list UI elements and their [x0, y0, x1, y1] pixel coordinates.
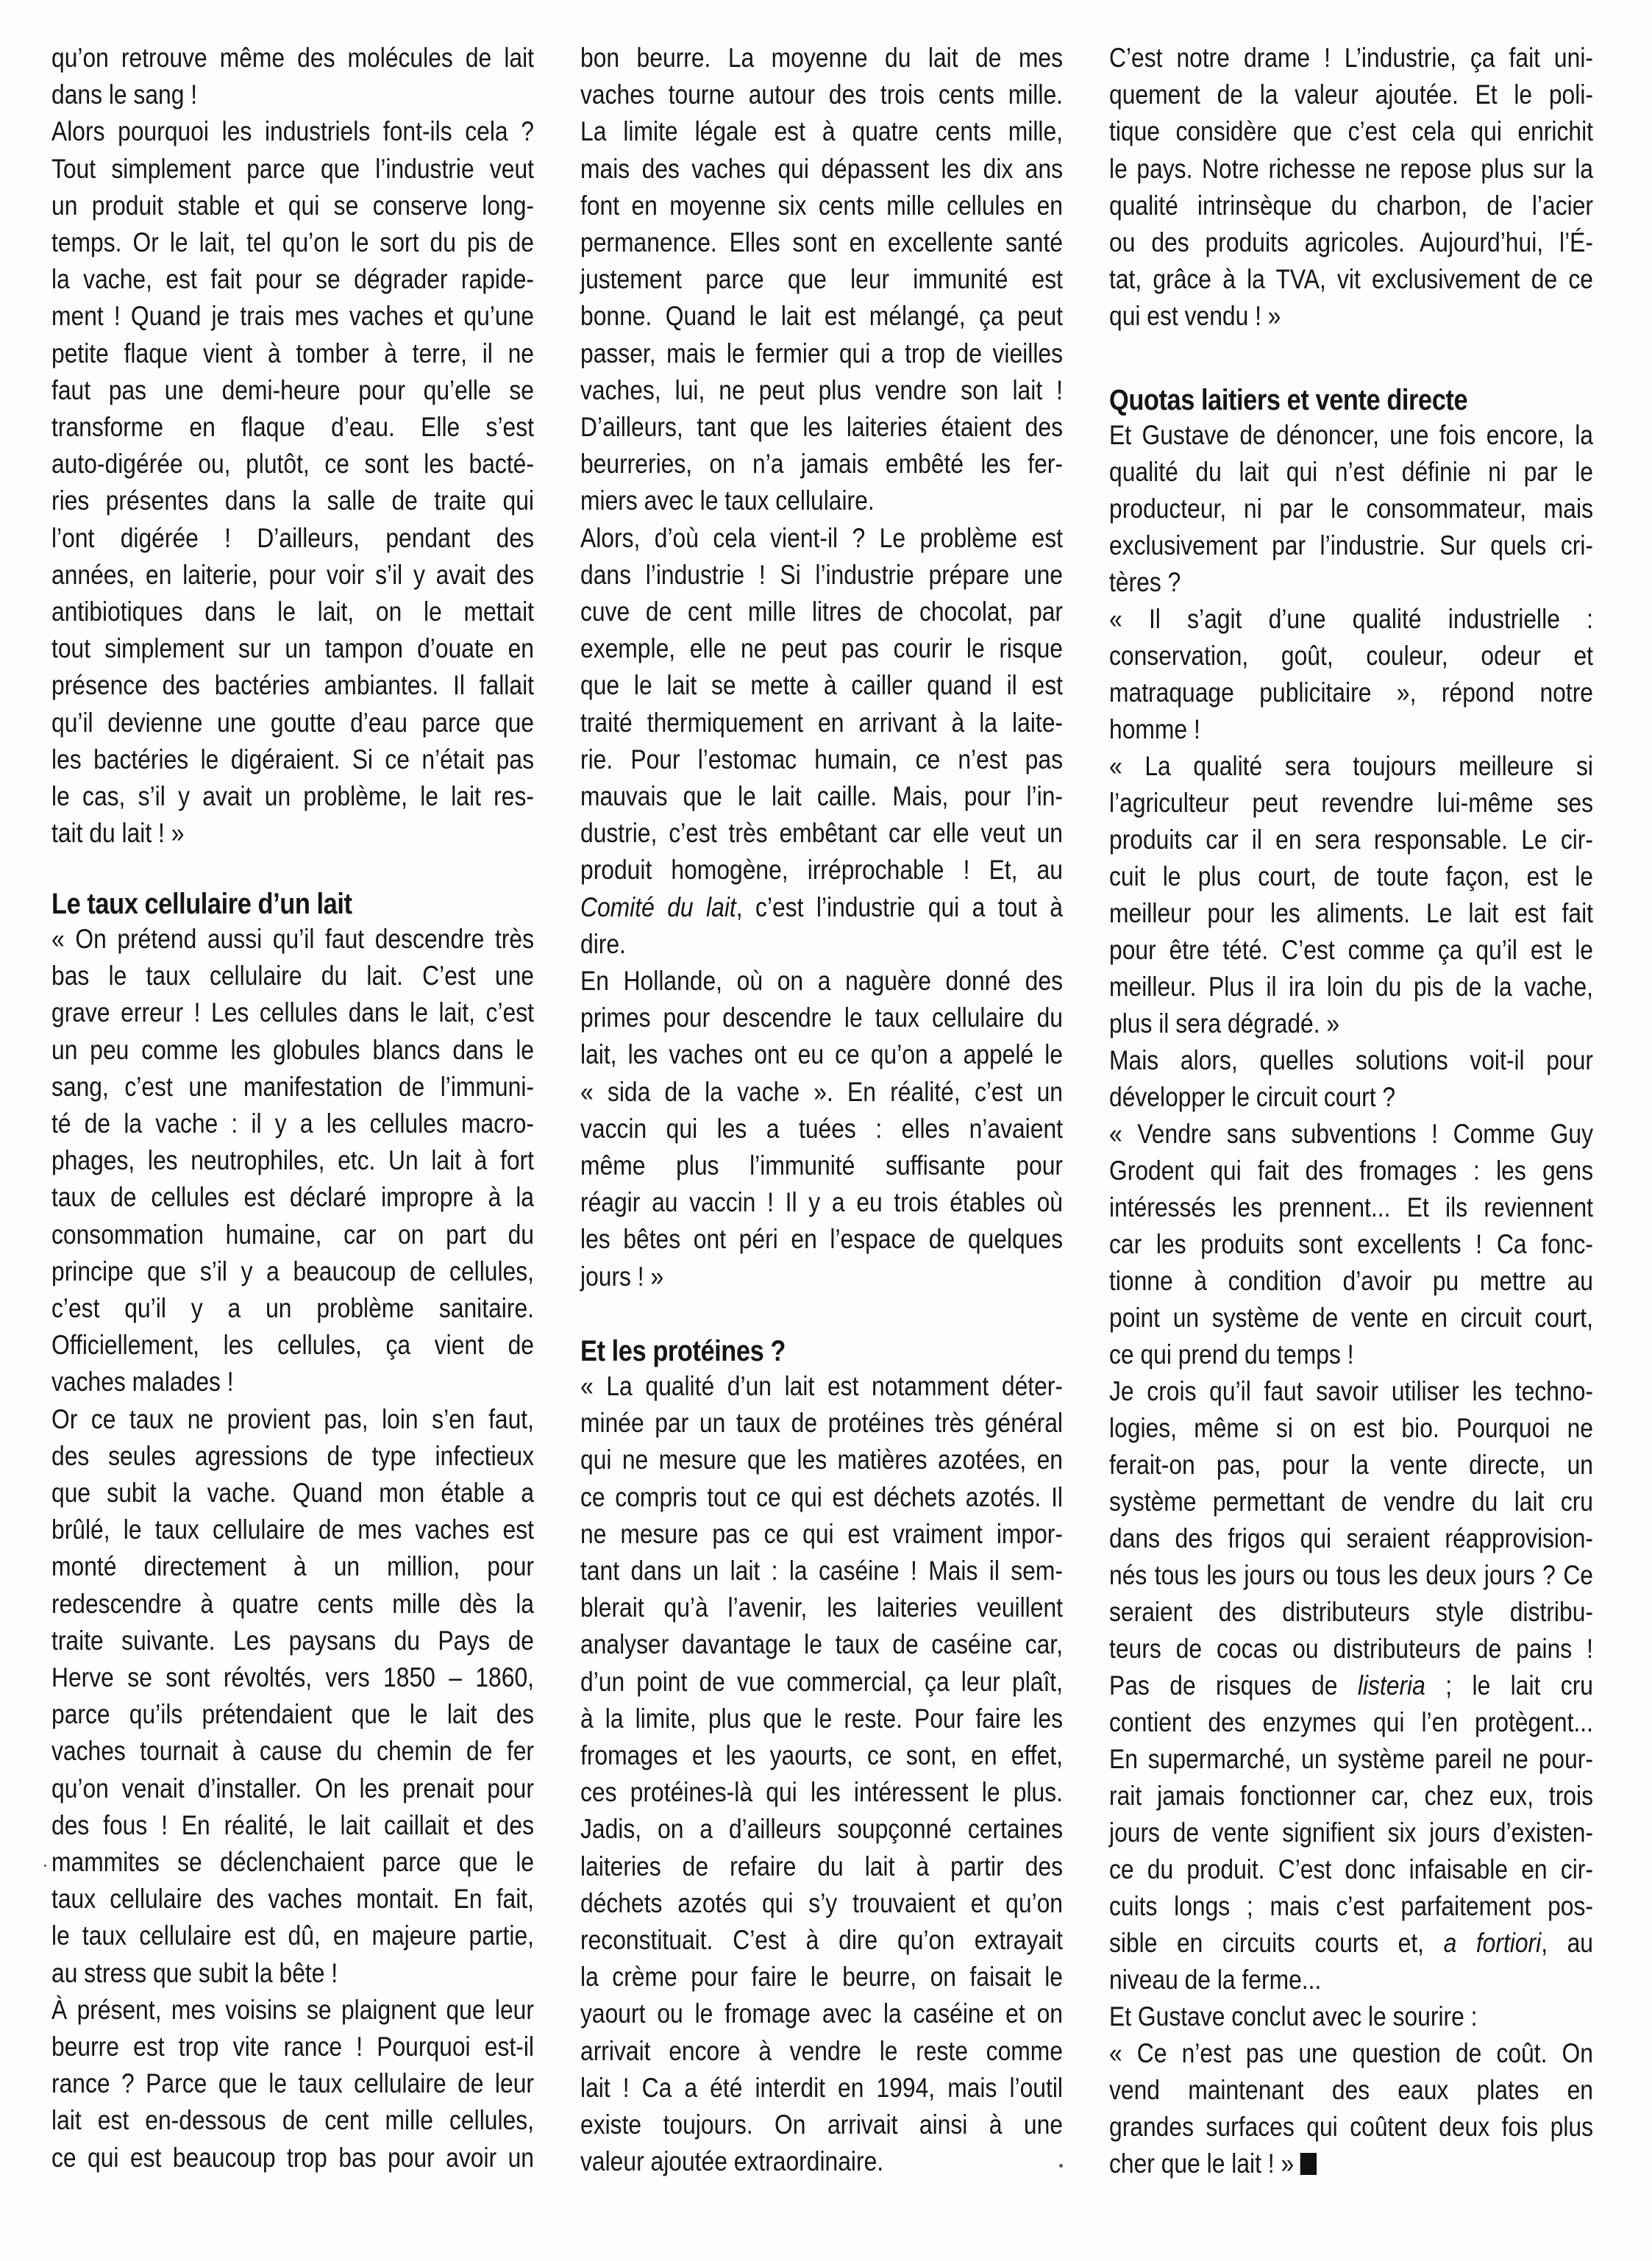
line-text: principe que s’il y a beaucoup de cellul…	[51, 1256, 534, 1286]
line-text: , c’est l’industrie qui a tout à	[736, 892, 1063, 922]
scan-speck	[1059, 2164, 1063, 2168]
text-line: produits car il en sera responsable. Le …	[1109, 822, 1652, 858]
text-line: matraquage publicitaire », répond notre	[1109, 674, 1652, 711]
text-line: ce du produit. C’est donc infaisable en …	[1109, 1851, 1652, 1888]
line-text: petite flaque vient à tomber à terre, il…	[51, 338, 534, 368]
text-line: déchets azotés qui s’y trouvaient et qu’…	[580, 1885, 1142, 1922]
line-text: dans l’industrie ! Si l’industrie prépar…	[580, 560, 1063, 590]
text-line: tat, grâce à la TVA, vit exclusivement d…	[1109, 261, 1652, 298]
text-line: reconstituait. C’est à dire qu’on extray…	[580, 1922, 1142, 1959]
text-line: présence des bactéries ambiantes. Il fal…	[51, 667, 613, 704]
line-text: té de la vache : il y a les cellules mac…	[51, 1108, 534, 1139]
text-line: seraient des distributeurs style distrib…	[1109, 1594, 1652, 1631]
line-text: qu’il devienne une goutte d’eau parce qu…	[51, 708, 534, 738]
line-text: système permettant de vendre du lait cru	[1109, 1486, 1593, 1517]
line-text: lait ! Ca a été interdit en 1994, mais l…	[580, 2073, 1063, 2103]
text-line: vaches, lui, ne peut plus vendre son lai…	[580, 372, 1142, 409]
text-line: yaourt ou le fromage avec la caséine et …	[580, 1995, 1142, 2032]
text-line: redescendre à quatre cents mille dès la	[51, 1586, 613, 1623]
line-text: exclusivement par l’industrie. Sur quels…	[1109, 530, 1593, 560]
line-text: ces protéines-là qui les intéressent le …	[580, 1777, 1063, 1807]
line-text: justement parce que leur immunité est	[580, 264, 1063, 294]
text-line: produit homogène, irréprochable ! Et, au	[580, 852, 1142, 889]
line-text: tères ?	[1109, 567, 1181, 597]
line-text: un peu comme les globules blancs dans le	[51, 1035, 534, 1065]
text-line: valeur ajoutée extraordinaire.	[580, 2143, 1142, 2180]
line-text: temps. Or le lait, tel qu’on le sort du …	[51, 227, 534, 257]
line-text: parce qu’ils prétendaient que le lait de…	[51, 1699, 534, 1729]
line-text: arrivait encore à vendre le reste comme	[580, 2036, 1063, 2066]
line-text: les bactéries le digéraient. Si ce n’éta…	[51, 744, 534, 775]
line-text: phages, les neutrophiles, etc. Un lait à…	[51, 1145, 534, 1175]
text-line: phages, les neutrophiles, etc. Un lait à…	[51, 1142, 613, 1179]
line-text: jours de vente signifient six jours d’ex…	[1109, 1817, 1593, 1848]
text-line: Tout simplement parce que l’industrie ve…	[51, 151, 613, 188]
text-line: développer le circuit court ?	[1109, 1079, 1652, 1116]
line-text: le cas, s’il y avait un problème, le lai…	[51, 781, 534, 811]
line-text: traité thermiquement en arrivant à la la…	[580, 708, 1063, 738]
text-line: années, en laiterie, pour voir s’il y av…	[51, 557, 613, 594]
text-line: La limite légale est à quatre cents mill…	[580, 113, 1142, 150]
text-line: Je crois qu’il faut savoir utiliser les …	[1109, 1373, 1652, 1410]
heading-text: Quotas laitiers et vente directe	[1109, 382, 1593, 419]
text-line: qu’il devienne une goutte d’eau parce qu…	[51, 705, 613, 741]
line-text: exemple, elle ne peut pas courir le risq…	[580, 633, 1063, 663]
text-line: exemple, elle ne peut pas courir le risq…	[580, 630, 1142, 667]
text-line: rance ? Parce que le taux cellulaire de …	[51, 2065, 613, 2102]
line-text: homme !	[1109, 714, 1200, 744]
line-text: qualité intrinsèque du charbon, de l’aci…	[1109, 191, 1593, 221]
line-text: beurreries, on n’a jamais embêté les fer…	[580, 449, 1063, 479]
line-text: déchets azotés qui s’y trouvaient et qu’…	[580, 1888, 1063, 1918]
line-text: Officiellement, les cellules, ça vient d…	[51, 1330, 534, 1360]
line-text: « sida de la vache ». En réalité, c’est …	[580, 1077, 1063, 1107]
text-line: réagir au vaccin ! Il y a eu trois établ…	[580, 1184, 1142, 1221]
text-line: meilleur pour les aliments. Le lait est …	[1109, 895, 1652, 932]
line-text: consommation humaine, car on part du	[51, 1219, 534, 1250]
line-text: Alors pourquoi les industriels font-ils …	[51, 116, 534, 146]
line-text: ce compris tout ce qui est déchets azoté…	[580, 1482, 1063, 1512]
text-line: des fous ! En réalité, le lait caillait …	[51, 1807, 613, 1844]
text-line: passer, mais le fermier qui a trop de vi…	[580, 335, 1142, 372]
text-line: car les produits sont excellents ! Ca fo…	[1109, 1226, 1652, 1263]
text-line: ferait-on pas, pour la vente directe, un	[1109, 1447, 1652, 1484]
line-text: qu’on venait d’installer. On les prenait…	[51, 1773, 534, 1804]
text-line: blerait qu’à l’avenir, les laiteries veu…	[580, 1589, 1142, 1626]
line-text: C’est notre drame ! L’industrie, ça fait…	[1109, 43, 1593, 73]
line-text: dans des frigos qui seraient réapprovisi…	[1109, 1523, 1593, 1553]
line-text: contient des enzymes qui l’en protègent.…	[1109, 1707, 1593, 1737]
text-line: homme !	[1109, 711, 1652, 748]
text-line: dire.	[580, 926, 1142, 963]
text-line: qu’on retrouve même des molécules de lai…	[51, 40, 613, 76]
text-line: qualité intrinsèque du charbon, de l’aci…	[1109, 188, 1652, 224]
magazine-page: qu’on retrouve même des molécules de lai…	[0, 0, 1652, 2261]
text-line: conservation, goût, couleur, odeur et	[1109, 638, 1652, 674]
text-line: beurreries, on n’a jamais embêté les fer…	[580, 446, 1142, 483]
line-text: , au	[1541, 1928, 1593, 1958]
text-line: vaches tourne autour des trois cents mil…	[580, 76, 1142, 113]
text-line: font en moyenne six cents mille cellules…	[580, 188, 1142, 224]
text-line: sang, c’est une manifestation de l’immun…	[51, 1069, 613, 1105]
text-line: vend maintenant des eaux plates en	[1109, 2072, 1652, 2109]
text-line: antibiotiques dans le lait, on le mettai…	[51, 594, 613, 630]
text-line: des seules agressions de type infectieux	[51, 1438, 613, 1475]
text-line: vaches tournait à cause du chemin de fer	[51, 1733, 613, 1770]
line-text: cuits longs ; mais c’est parfaitement po…	[1109, 1891, 1593, 1921]
line-text: brûlé, le taux cellulaire de mes vaches …	[51, 1514, 534, 1545]
line-text: yaourt ou le fromage avec la caséine et …	[580, 1998, 1063, 2029]
line-text: taux de cellules est déclaré impropre à …	[51, 1182, 534, 1212]
section-heading: Quotas laitiers et vente directe	[1109, 382, 1652, 419]
line-text: antibiotiques dans le lait, on le mettai…	[51, 597, 534, 627]
line-text: produit homogène, irréprochable ! Et, au	[580, 855, 1063, 885]
line-text: ment ! Quand je trais mes vaches et qu’u…	[51, 301, 534, 331]
line-text: laiteries de refaire du lait à partir de…	[580, 1851, 1063, 1881]
text-line: les bêtes ont péri en l’espace de quelqu…	[580, 1221, 1142, 1258]
line-text: meilleur pour les aliments. Le lait est …	[1109, 898, 1593, 928]
line-text: cuit le plus court, de toute façon, est …	[1109, 861, 1593, 891]
text-line: rait jamais fonctionner car, chez eux, t…	[1109, 1778, 1652, 1815]
line-text: sang, c’est une manifestation de l’immun…	[51, 1072, 534, 1102]
text-line: dans le sang !	[51, 76, 613, 113]
text-line: quement de la valeur ajoutée. Et le poli…	[1109, 76, 1652, 113]
text-line: tait du lait ! »	[51, 815, 613, 852]
text-line: un peu comme les globules blancs dans le	[51, 1032, 613, 1069]
text-line: analyser davantage le taux de caséine ca…	[580, 1626, 1142, 1663]
column-2: bon beurre. La moyenne du lait de mesvac…	[580, 0, 1063, 2261]
line-text: point un système de vente en circuit cou…	[1109, 1303, 1593, 1333]
line-text: à la limite, plus que le reste. Pour fai…	[580, 1703, 1063, 1734]
line-text: taux cellulaire des vaches montait. En f…	[51, 1884, 534, 1914]
text-line: le pays. Notre richesse ne repose plus s…	[1109, 151, 1652, 188]
text-line: c’est qu’il y a un problème sanitaire.	[51, 1290, 613, 1327]
line-text: logies, même si on est bio. Pourquoi ne	[1109, 1413, 1593, 1443]
line-text: qualité du lait qui n’est définie ni par…	[1109, 457, 1593, 487]
line-text: producteur, ni par le consommateur, mais	[1109, 494, 1593, 524]
text-line: À présent, mes voisins se plaignent que …	[51, 1992, 613, 2029]
text-line: « On prétend aussi qu’il faut descendre …	[51, 921, 613, 958]
line-text: vaches, lui, ne peut plus vendre son lai…	[580, 375, 1063, 405]
line-text: rie. Pour l’estomac humain, ce n’est pas	[580, 744, 1063, 775]
line-text: dans le sang !	[51, 79, 197, 110]
line-text: vend maintenant des eaux plates en	[1109, 2075, 1593, 2105]
text-line: lait est en-dessous de cent mille cellul…	[51, 2102, 613, 2139]
line-text: tique considère que c’est cela qui enric…	[1109, 116, 1593, 146]
text-line: grave erreur ! Les cellules dans le lait…	[51, 994, 613, 1031]
text-line: bas le taux cellulaire du lait. C’est un…	[51, 958, 613, 994]
line-text: vaches tournait à cause du chemin de fer	[51, 1736, 534, 1766]
line-text: fromages et les yaourts, ce sont, en eff…	[580, 1740, 1063, 1770]
line-text: un produit stable et qui se conserve lon…	[51, 191, 534, 221]
line-text: reconstituait. C’est à dire qu’on extray…	[580, 1925, 1063, 1955]
text-line: teurs de cocas ou distributeurs de pains…	[1109, 1631, 1652, 1667]
line-text: À présent, mes voisins se plaignent que …	[51, 1995, 534, 2025]
text-line: le taux cellulaire est dû, en majeure pa…	[51, 1918, 613, 1954]
text-line: « Vendre sans subventions ! Comme Guy	[1109, 1116, 1652, 1153]
line-text: D’ailleurs, tant que les laiteries étaie…	[580, 412, 1063, 442]
text-line: Grodent qui fait des fromages : les gens	[1109, 1153, 1652, 1189]
text-line: tique considère que c’est cela qui enric…	[1109, 113, 1652, 150]
text-line: C’est notre drame ! L’industrie, ça fait…	[1109, 40, 1652, 76]
line-text: les bêtes ont péri en l’espace de quelqu…	[580, 1224, 1063, 1254]
line-text: Herve se sont révoltés, vers 1850 – 1860…	[51, 1662, 534, 1692]
line-text: faut pas une demi-heure pour qu’elle se	[51, 375, 534, 405]
line-text: bas le taux cellulaire du lait. C’est un…	[51, 961, 534, 991]
line-text: des seules agressions de type infectieux	[51, 1441, 534, 1471]
line-text: le taux cellulaire est dû, en majeure pa…	[51, 1920, 534, 1951]
text-line: ce compris tout ce qui est déchets azoté…	[580, 1479, 1142, 1516]
text-line: D’ailleurs, tant que les laiteries étaie…	[580, 409, 1142, 446]
text-line: ce qui est beaucoup trop bas pour avoir …	[51, 2140, 613, 2176]
text-line: à la limite, plus que le reste. Pour fai…	[580, 1701, 1142, 1737]
text-line: Herve se sont révoltés, vers 1850 – 1860…	[51, 1659, 613, 1696]
line-text: Et Gustave de dénoncer, une fois encore,…	[1109, 420, 1593, 450]
text-line: fromages et les yaourts, ce sont, en eff…	[580, 1737, 1142, 1774]
line-text: qu’on retrouve même des molécules de lai…	[51, 43, 534, 73]
line-text: Je crois qu’il faut savoir utiliser les …	[1109, 1376, 1593, 1406]
line-text: Mais alors, quelles solutions voit-il po…	[1109, 1045, 1593, 1075]
text-line: point un système de vente en circuit cou…	[1109, 1300, 1652, 1336]
line-text: grandes surfaces qui coûtent deux fois p…	[1109, 2112, 1593, 2142]
line-text: années, en laiterie, pour voir s’il y av…	[51, 560, 534, 590]
line-text: au stress que subit la bête !	[51, 1958, 338, 1988]
line-text: bon beurre. La moyenne du lait de mes	[580, 43, 1063, 73]
line-text: sible en circuits courts et,	[1109, 1928, 1444, 1958]
line-text: présence des bactéries ambiantes. Il fal…	[51, 670, 534, 700]
line-text: analyser davantage le taux de caséine ca…	[580, 1629, 1063, 1659]
text-line: vaches malades !	[51, 1364, 613, 1400]
text-line: ces protéines-là qui les intéressent le …	[580, 1774, 1142, 1811]
text-line: tionne à condition d’avoir pu mettre au	[1109, 1263, 1652, 1300]
text-line: Or ce taux ne provient pas, loin s’en fa…	[51, 1401, 613, 1438]
text-line: permanence. Elles sont en excellente san…	[580, 224, 1142, 261]
line-text: « Il s’agit d’une qualité industrielle :	[1109, 604, 1593, 634]
text-line: producteur, ni par le consommateur, mais	[1109, 491, 1652, 527]
text-line: Pas de risques de listeria ; le lait cru	[1109, 1667, 1652, 1704]
line-text: mais des vaches qui dépassent les dix an…	[580, 154, 1063, 184]
text-line: dans l’industrie ! Si l’industrie prépar…	[580, 557, 1142, 594]
text-line: tant dans un lait : la caséine ! Mais il…	[580, 1553, 1142, 1589]
text-line: miers avec le taux cellulaire.	[580, 483, 1142, 519]
heading-text: Et les protéines ?	[580, 1333, 1063, 1370]
line-text: beurre est trop vite rance ! Pourquoi es…	[51, 2032, 534, 2062]
text-line: traité thermiquement en arrivant à la la…	[580, 705, 1142, 741]
text-line: ries présentes dans la salle de traite q…	[51, 483, 613, 519]
text-line: Et Gustave conclut avec le sourire :	[1109, 1998, 1652, 2035]
line-text: pour être tété. C’est comme ça qu’il est…	[1109, 935, 1593, 965]
line-text: Pas de risques de	[1109, 1670, 1358, 1701]
text-line: bon beurre. La moyenne du lait de mes	[580, 40, 1142, 76]
line-text: la crème pour faire le beurre, on faisai…	[580, 1962, 1063, 1992]
line-text: nés tous les jours ou tous les deux jour…	[1109, 1560, 1593, 1590]
text-line: cuit le plus court, de toute façon, est …	[1109, 858, 1652, 895]
text-line: qui ne mesure que les matières azotées, …	[580, 1442, 1142, 1478]
text-line: En supermarché, un système pareil ne pou…	[1109, 1741, 1652, 1778]
line-text: Tout simplement parce que l’industrie ve…	[51, 154, 534, 184]
text-line: « La qualité d’un lait est notamment dét…	[580, 1368, 1142, 1405]
text-line: té de la vache : il y a les cellules mac…	[51, 1105, 613, 1142]
line-text: ferait-on pas, pour la vente directe, un	[1109, 1450, 1593, 1480]
line-text: l’agriculteur peut revendre lui-même ses	[1109, 788, 1593, 818]
text-line: jours ! »	[580, 1258, 1142, 1295]
text-line: primes pour descendre le taux cellulaire…	[580, 1000, 1142, 1036]
column-1: qu’on retrouve même des molécules de lai…	[51, 0, 534, 2261]
text-line: contient des enzymes qui l’en protègent.…	[1109, 1704, 1652, 1741]
line-text: dire.	[580, 929, 626, 959]
line-text: transforme en flaque d’eau. Elle s’est	[51, 412, 534, 442]
heading-text: Le taux cellulaire d’un lait	[51, 886, 534, 922]
line-text: des fous ! En réalité, le lait caillait …	[51, 1810, 534, 1840]
text-line: le cas, s’il y avait un problème, le lai…	[51, 778, 613, 815]
line-text: teurs de cocas ou distributeurs de pains…	[1109, 1634, 1593, 1664]
text-line: au stress que subit la bête !	[51, 1955, 613, 1992]
line-text: bonne. Quand le lait est mélangé, ça peu…	[580, 301, 1063, 331]
text-line: Alors, d’où cela vient-il ? Le problème …	[580, 520, 1142, 557]
text-line: « La qualité sera toujours meilleure si	[1109, 748, 1652, 785]
text-line: plus il sera dégradé. »	[1109, 1005, 1652, 1042]
text-line: « sida de la vache ». En réalité, c’est …	[580, 1074, 1142, 1111]
text-line: lait, les vaches ont eu ce qu’on a appel…	[580, 1036, 1142, 1073]
line-text: intéressés les prennent... Et ils revien…	[1109, 1192, 1593, 1222]
line-text: tant dans un lait : la caséine ! Mais il…	[580, 1556, 1063, 1586]
text-line: ment ! Quand je trais mes vaches et qu’u…	[51, 298, 613, 335]
line-text: tout simplement sur un tampon d’ouate en	[51, 633, 534, 663]
line-text: primes pour descendre le taux cellulaire…	[580, 1003, 1063, 1033]
text-line: petite flaque vient à tomber à terre, il…	[51, 335, 613, 372]
text-line: transforme en flaque d’eau. Elle s’est	[51, 409, 613, 446]
line-text: l’ont digérée ! D’ailleurs, pendant des	[51, 523, 534, 553]
text-line: bonne. Quand le lait est mélangé, ça peu…	[580, 298, 1142, 335]
text-line: monté directement à un million, pour	[51, 1548, 613, 1585]
text-line: logies, même si on est bio. Pourquoi ne	[1109, 1410, 1652, 1447]
text-line: taux de cellules est déclaré impropre à …	[51, 1179, 613, 1216]
text-line: minée par un taux de protéines très géné…	[580, 1405, 1142, 1442]
line-text: rait jamais fonctionner car, chez eux, t…	[1109, 1781, 1593, 1811]
scan-speck	[44, 1865, 46, 1867]
line-text: que le lait se mette à cailler quand il …	[580, 670, 1063, 700]
text-line: que subit la vache. Quand mon étable a	[51, 1475, 613, 1512]
line-text: tat, grâce à la TVA, vit exclusivement d…	[1109, 264, 1593, 294]
text-line: principe que s’il y a beaucoup de cellul…	[51, 1253, 613, 1290]
line-text: d’un point de vue commercial, ça leur pl…	[580, 1667, 1063, 1697]
text-line: brûlé, le taux cellulaire de mes vaches …	[51, 1512, 613, 1548]
line-text: ne mesure pas ce qui est vraiment impor-	[580, 1519, 1063, 1549]
line-text: lait, les vaches ont eu ce qu’on a appel…	[580, 1039, 1063, 1069]
line-text: « Vendre sans subventions ! Comme Guy	[1109, 1119, 1593, 1149]
text-line: « Ce n’est pas une question de coût. On	[1109, 2035, 1652, 2072]
section-heading: Et les protéines ?	[580, 1333, 1142, 1370]
line-text: redescendre à quatre cents mille dès la	[51, 1589, 534, 1619]
line-text: tionne à condition d’avoir pu mettre au	[1109, 1266, 1593, 1296]
line-text: ce du produit. C’est donc infaisable en …	[1109, 1854, 1593, 1884]
line-text: jours ! »	[580, 1261, 663, 1292]
text-line: Alors pourquoi les industriels font-ils …	[51, 113, 613, 150]
text-line: beurre est trop vite rance ! Pourquoi es…	[51, 2029, 613, 2065]
text-line: « Il s’agit d’une qualité industrielle :	[1109, 601, 1652, 638]
text-line: justement parce que leur immunité est	[580, 261, 1142, 298]
text-line: même plus l’immunité suffisante pour	[580, 1147, 1142, 1184]
line-text: « La qualité sera toujours meilleure si	[1109, 751, 1593, 781]
column-3: C’est notre drame ! L’industrie, ça fait…	[1109, 0, 1593, 2261]
text-line: En Hollande, où on a naguère donné des	[580, 963, 1142, 1000]
text-line: sible en circuits courts et, a fortiori,…	[1109, 1925, 1652, 1962]
text-line: la crème pour faire le beurre, on faisai…	[580, 1959, 1142, 1995]
text-line: un produit stable et qui se conserve lon…	[51, 188, 613, 224]
line-text: « Ce n’est pas une question de coût. On	[1109, 2038, 1593, 2068]
text-line: mauvais que le lait caille. Mais, pour l…	[580, 778, 1142, 815]
line-text: Or ce taux ne provient pas, loin s’en fa…	[51, 1404, 534, 1434]
line-text: minée par un taux de protéines très géné…	[580, 1408, 1063, 1438]
line-text: produits car il en sera responsable. Le …	[1109, 825, 1593, 855]
line-text: Grodent qui fait des fromages : les gens	[1109, 1156, 1593, 1186]
line-text: valeur ajoutée extraordinaire.	[580, 2146, 883, 2176]
text-line: système permettant de vendre du lait cru	[1109, 1484, 1652, 1520]
text-line: ce qui prend du temps !	[1109, 1336, 1652, 1373]
text-line: qu’on venait d’installer. On les prenait…	[51, 1770, 613, 1807]
line-text: Et Gustave conclut avec le sourire :	[1109, 2001, 1478, 2032]
line-text: le pays. Notre richesse ne repose plus s…	[1109, 154, 1593, 184]
line-text: vaches malades !	[51, 1367, 234, 1397]
line-text: qui ne mesure que les matières azotées, …	[580, 1445, 1063, 1475]
line-text: En supermarché, un système pareil ne pou…	[1109, 1744, 1593, 1774]
line-text: grave erreur ! Les cellules dans le lait…	[51, 997, 534, 1028]
text-line: arrivait encore à vendre le reste comme	[580, 2033, 1142, 2070]
line-text: dustrie, c’est très embêtant car elle ve…	[580, 818, 1063, 848]
text-line: cuve de cent mille litres de chocolat, p…	[580, 594, 1142, 630]
line-text: niveau de la ferme...	[1109, 1965, 1321, 1995]
line-text: seraient des distributeurs style distrib…	[1109, 1597, 1593, 1627]
line-text: blerait qu’à l’avenir, les laiteries veu…	[580, 1592, 1063, 1623]
line-text: lait est en-dessous de cent mille cellul…	[51, 2105, 534, 2135]
text-line: qualité du lait qui n’est définie ni par…	[1109, 454, 1652, 491]
text-line: existe toujours. On arrivait ainsi à une	[580, 2107, 1142, 2143]
italic-text: listeria	[1358, 1670, 1425, 1701]
text-line: tères ?	[1109, 564, 1652, 601]
line-text: ; le lait cru	[1425, 1670, 1593, 1701]
line-text: plus il sera dégradé. »	[1109, 1008, 1339, 1039]
text-line: Jadis, on a d’ailleurs soupçonné certain…	[580, 1811, 1142, 1848]
text-line: laiteries de refaire du lait à partir de…	[580, 1848, 1142, 1885]
text-line: cuits longs ; mais c’est parfaitement po…	[1109, 1888, 1652, 1925]
text-line: nés tous les jours ou tous les deux jour…	[1109, 1557, 1652, 1594]
line-text: Jadis, on a d’ailleurs soupçonné certain…	[580, 1814, 1063, 1844]
line-text: cuve de cent mille litres de chocolat, p…	[580, 597, 1063, 627]
text-line: d’un point de vue commercial, ça leur pl…	[580, 1664, 1142, 1701]
line-text: c’est qu’il y a un problème sanitaire.	[51, 1293, 534, 1323]
line-text: auto-digérée ou, plutôt, ce sont les bac…	[51, 449, 534, 479]
text-line: taux cellulaire des vaches montait. En f…	[51, 1881, 613, 1918]
line-text: « On prétend aussi qu’il faut descendre …	[51, 924, 534, 954]
line-text: meilleur. Plus il ira loin du pis de la …	[1109, 972, 1593, 1002]
line-text: Alors, d’où cela vient-il ? Le problème …	[580, 523, 1063, 553]
text-line: exclusivement par l’industrie. Sur quels…	[1109, 527, 1652, 564]
text-line: grandes surfaces qui coûtent deux fois p…	[1109, 2109, 1652, 2146]
line-text: passer, mais le fermier qui a trop de vi…	[580, 338, 1063, 368]
text-line: consommation humaine, car on part du	[51, 1217, 613, 1253]
line-text: « La qualité d’un lait est notamment dét…	[580, 1371, 1063, 1401]
line-text: ce qui prend du temps !	[1109, 1339, 1354, 1370]
line-text: que subit la vache. Quand mon étable a	[51, 1478, 534, 1508]
text-line: vaccin qui les a tuées : elles n’avaient	[580, 1111, 1142, 1147]
line-text: vaccin qui les a tuées : elles n’avaient	[580, 1114, 1063, 1144]
text-line: pour être tété. C’est comme ça qu’il est…	[1109, 932, 1652, 969]
line-text: ce qui est beaucoup trop bas pour avoir …	[51, 2143, 534, 2173]
text-line: ne mesure pas ce qui est vraiment impor-	[580, 1516, 1142, 1553]
line-text: rance ? Parce que le taux cellulaire de …	[51, 2068, 534, 2098]
line-text: réagir au vaccin ! Il y a eu trois établ…	[580, 1187, 1063, 1217]
line-text: traite suivante. Les paysans du Pays de	[51, 1626, 534, 1656]
